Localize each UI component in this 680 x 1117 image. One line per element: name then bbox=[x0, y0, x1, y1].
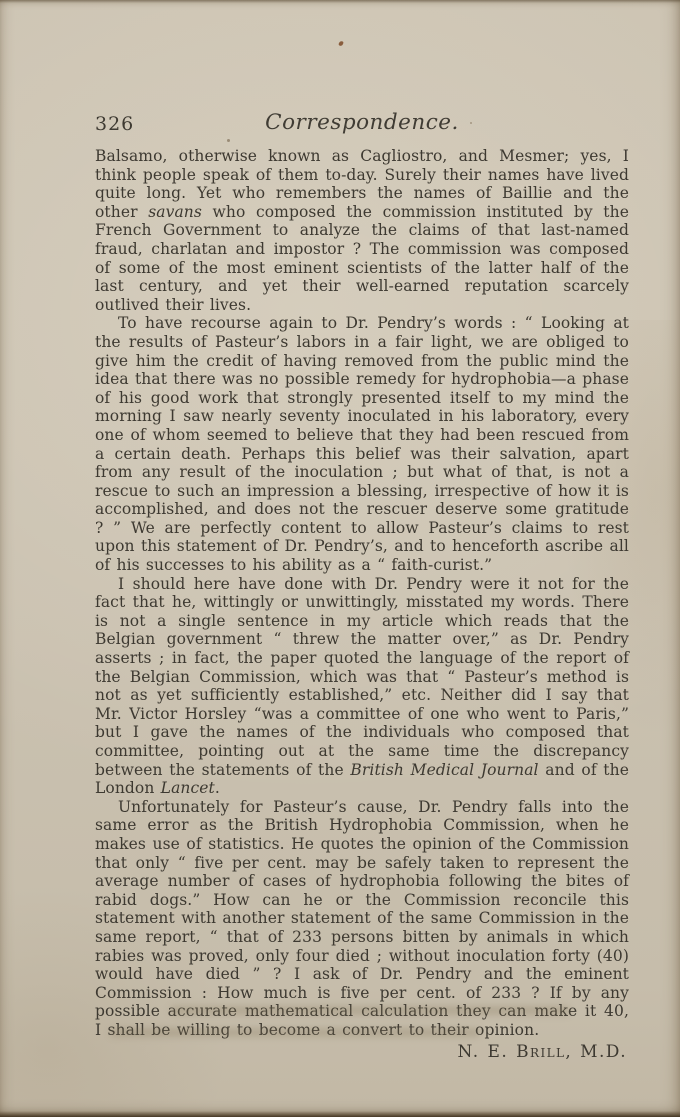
page-title: Correspondence. bbox=[95, 110, 629, 135]
body-text: Balsamo, otherwise known as Cagliostro, … bbox=[95, 147, 629, 1061]
page-header: 326 Correspondence. bbox=[95, 110, 629, 140]
signature: N. E. Brill, M.D. bbox=[95, 1043, 629, 1062]
paragraph: Balsamo, otherwise known as Cagliostro, … bbox=[95, 147, 629, 314]
paragraph: I should here have done with Dr. Pendry … bbox=[95, 575, 629, 798]
paragraph: To have recourse again to Dr. Pendry’s w… bbox=[95, 314, 629, 574]
scanned-page: 326 Correspondence. Balsamo, otherwise k… bbox=[0, 0, 680, 1117]
ghost-text-bleedthrough bbox=[110, 1028, 480, 1037]
ghost-text-bleedthrough bbox=[170, 1006, 570, 1015]
paragraph: Unfortunately for Pasteur’s cause, Dr. P… bbox=[95, 798, 629, 1040]
scan-edge-bottom bbox=[0, 1111, 680, 1117]
ink-speck bbox=[338, 40, 344, 46]
scan-edge-top bbox=[0, 0, 680, 3]
